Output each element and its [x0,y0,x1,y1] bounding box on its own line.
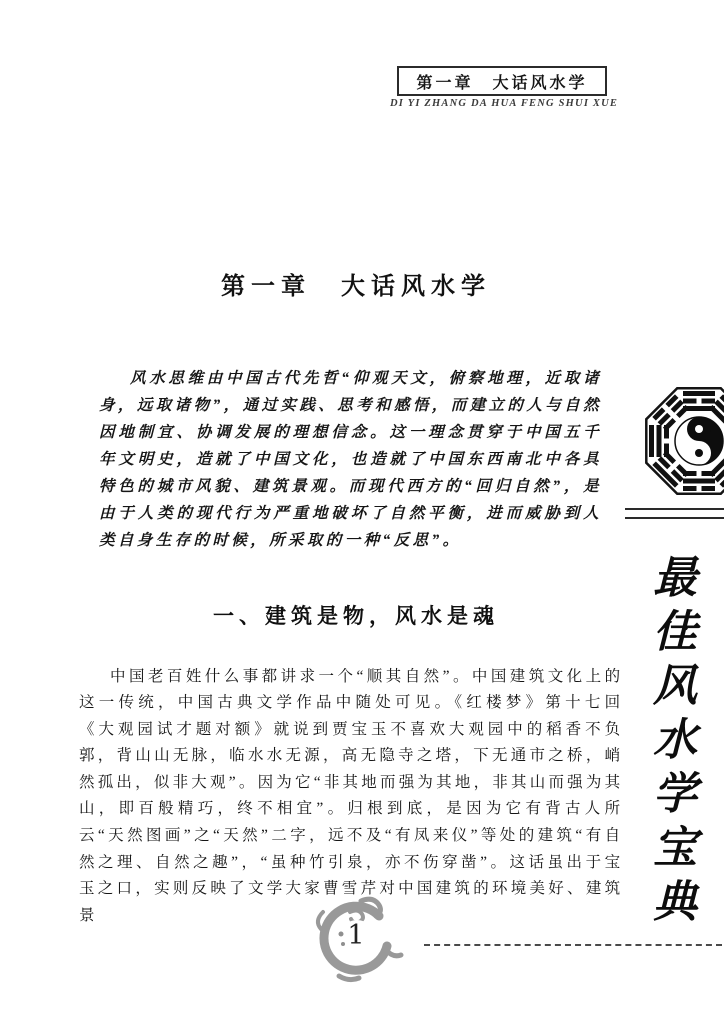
side-book-title: 最佳风水学宝典 [644,554,702,954]
footer-dashed-rule [424,944,722,946]
page-number: 1 [340,920,372,951]
running-header-box: 第一章 大话风水学 [397,66,607,96]
running-header-pinyin: DI YI ZHANG DA HUA FENG SHUI XUE [390,98,620,109]
margin-rule-bottom [625,517,724,519]
running-header-title: 第一章 大话风水学 [416,70,587,93]
intro-paragraph: 风水思维由中国古代先哲“仰观天文，俯察地理，近取诸身，远取诸物”，通过实践、思考… [99,365,602,554]
bagua-icon [639,381,724,501]
margin-rule-top [625,508,724,510]
section-heading: 一、建筑是物，风水是魂 [80,600,632,630]
yinyang-icon [675,417,723,465]
book-page: 第一章 大话风水学 DI YI ZHANG DA HUA FENG SHUI X… [0,0,724,1024]
page-title: 第一章 大话风水学 [80,266,632,301]
